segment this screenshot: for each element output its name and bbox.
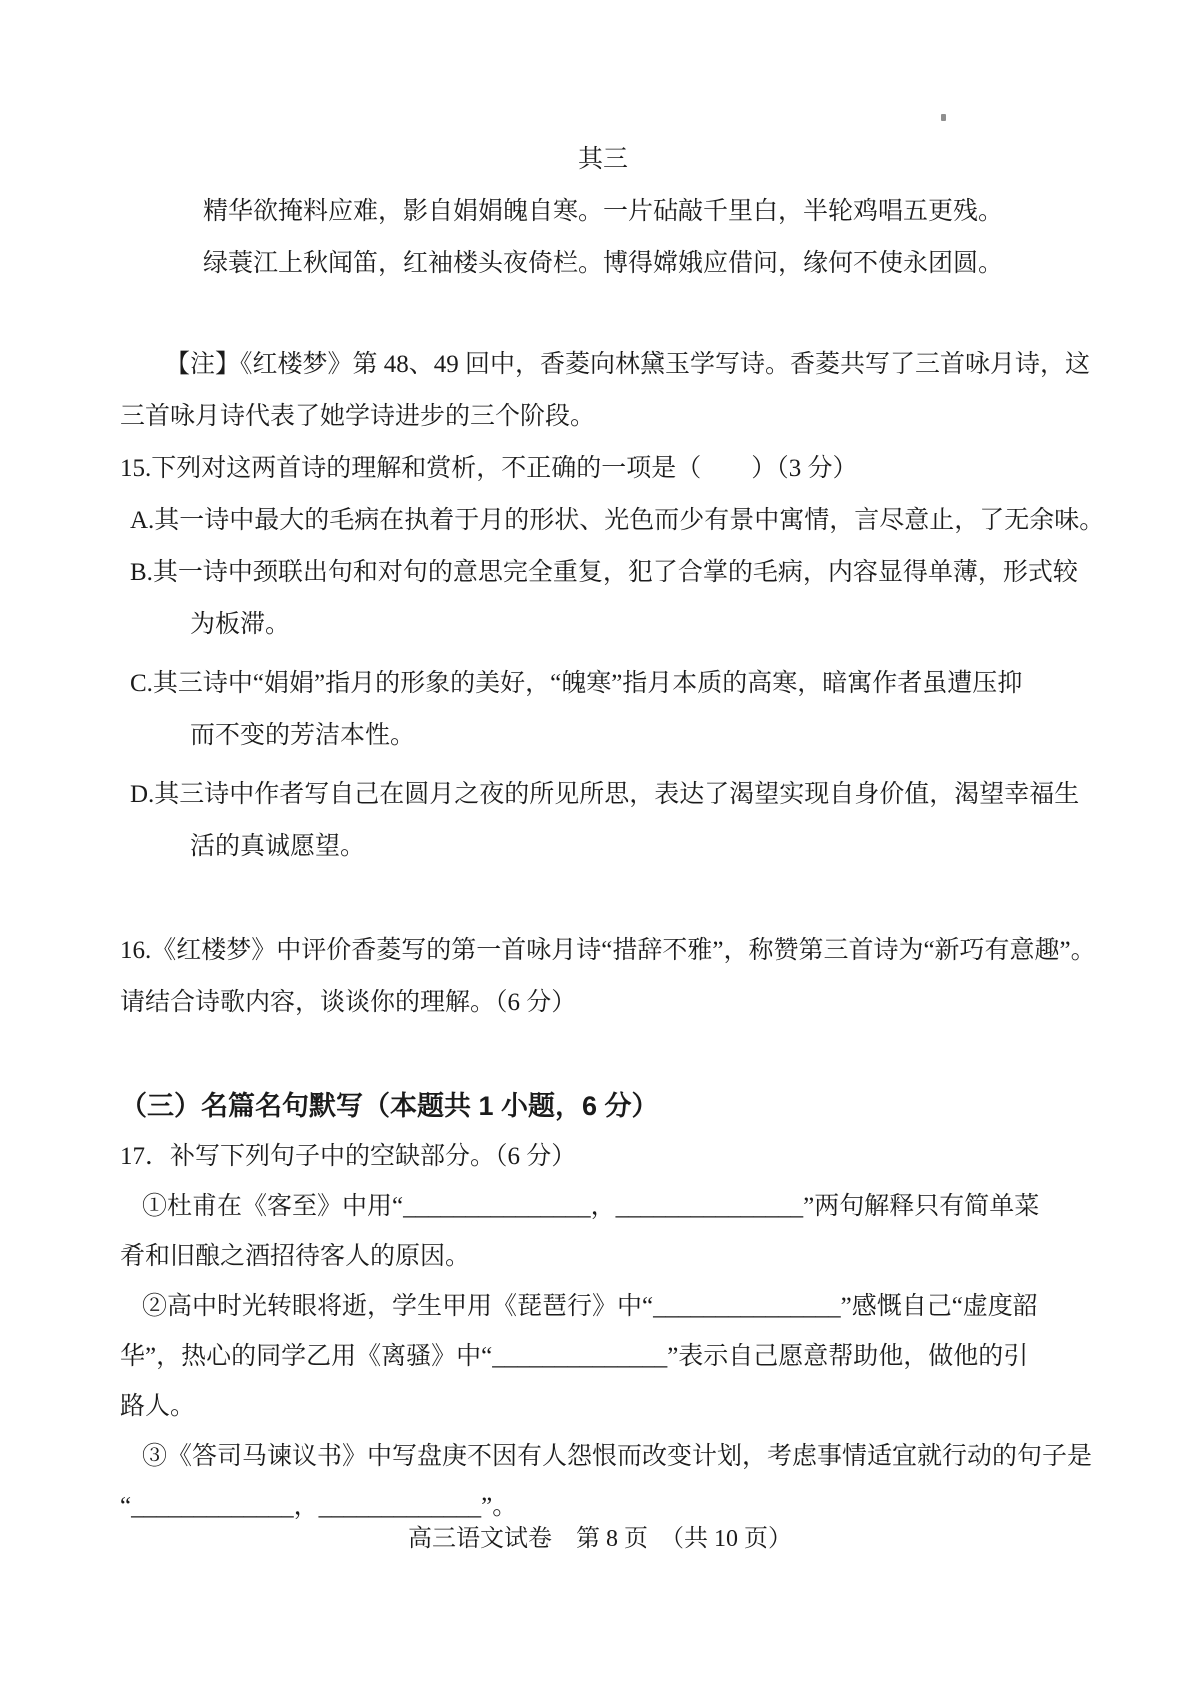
item-2-cont2: 路人。 — [120, 1382, 1086, 1432]
option-d-cont: 活的真诚愿望。 — [120, 821, 1086, 873]
option-c-cont: 而不变的芳洁本性。 — [120, 710, 1086, 762]
question-15: 15.下列对这两首诗的理解和赏析，不正确的一项是（ ）（3 分） — [120, 443, 1086, 495]
section-heading-text: （三）名篇名句默写（本题共 1 小题，6 分） — [120, 1080, 1086, 1132]
item-1: ①杜甫在《客至》中用“_______________，_____________… — [120, 1182, 1086, 1232]
footer-text: 高三语文试卷 第 8 页 （共 10 页） — [408, 1526, 792, 1552]
item-2-cont: 华”，热心的同学乙用《离骚》中“______________”表示自己愿意帮助他… — [120, 1332, 1086, 1382]
option-d: D.其三诗中作者写自己在圆月之夜的所见所思，表达了渴望实现自身价值，渴望幸福生 — [120, 769, 1086, 821]
poem-title-text: 其三 — [120, 134, 1086, 186]
poem-line-1: 精华欲掩料应难，影自娟娟魄自寒。一片砧敲千里白，半轮鸡唱五更残。 — [120, 186, 1086, 238]
section-heading: （三）名篇名句默写（本题共 1 小题，6 分） — [120, 1080, 1086, 1132]
question-17-stem: 17．补写下列句子中的空缺部分。（6 分） — [120, 1132, 1086, 1182]
note-line-1: 【注】《红楼梦》第 48、49 回中，香菱向林黛玉学写诗。香菱共写了三首咏月诗，… — [120, 339, 1086, 391]
question-16-line-1: 16.《红楼梦》中评价香菱写的第一首咏月诗“措辞不雅”，称赞第三首诗为“新巧有意… — [120, 925, 1086, 977]
question-16: 16.《红楼梦》中评价香菱写的第一首咏月诗“措辞不雅”，称赞第三首诗为“新巧有意… — [120, 925, 1086, 1029]
exam-page: 其三精华欲掩料应难，影自娟娟魄自寒。一片砧敲千里白，半轮鸡唱五更残。绿蓑江上秋闻… — [0, 0, 1200, 1699]
item-3: ③《答司马谏议书》中写盘庚不因有人怨恨而改变计划，考虑事情适宜就行动的句子是 — [120, 1432, 1086, 1482]
option-b-cont: 为板滞。 — [120, 599, 1086, 651]
question-17: 17．补写下列句子中的空缺部分。（6 分） — [120, 1132, 1086, 1182]
poem: 精华欲掩料应难，影自娟娟魄自寒。一片砧敲千里白，半轮鸡唱五更残。绿蓑江上秋闻笛，… — [120, 186, 1086, 290]
page-footer: 高三语文试卷 第 8 页 （共 10 页） — [0, 1519, 1200, 1559]
note-line-2: 三首咏月诗代表了她学诗进步的三个阶段。 — [120, 391, 1086, 443]
poem-title: 其三 — [120, 134, 1086, 186]
question-15-options: A.其一诗中最大的毛病在执着于月的形状、光色而少有景中寓情，言尽意止，了无余味。… — [120, 495, 1086, 873]
question-17-items: ①杜甫在《客至》中用“_______________，_____________… — [120, 1182, 1086, 1532]
option-c: C.其三诗中“娟娟”指月的形象的美好，“魄寒”指月本质的高寒，暗寓作者虽遭压抑 — [120, 658, 1086, 710]
option-a: A.其一诗中最大的毛病在执着于月的形状、光色而少有景中寓情，言尽意止，了无余味。 — [120, 495, 1086, 547]
option-b: B.其一诗中颈联出句和对句的意思完全重复，犯了合掌的毛病，内容显得单薄，形式较 — [120, 547, 1086, 599]
scan-artifact-dot — [941, 114, 946, 121]
question-15-stem: 15.下列对这两首诗的理解和赏析，不正确的一项是（ ）（3 分） — [120, 443, 1086, 495]
poem-note: 【注】《红楼梦》第 48、49 回中，香菱向林黛玉学写诗。香菱共写了三首咏月诗，… — [120, 339, 1086, 443]
question-16-line-2: 请结合诗歌内容，谈谈你的理解。（6 分） — [120, 977, 1086, 1029]
item-1-cont: 肴和旧酿之酒招待客人的原因。 — [120, 1232, 1086, 1282]
item-2: ②高中时光转眼将逝，学生甲用《琵琶行》中“_______________”感慨自… — [120, 1282, 1086, 1332]
poem-line-2: 绿蓑江上秋闻笛，红袖楼头夜倚栏。博得嫦娥应借问，缘何不使永团圆。 — [120, 238, 1086, 290]
exam-content: 其三精华欲掩料应难，影自娟娟魄自寒。一片砧敲千里白，半轮鸡唱五更残。绿蓑江上秋闻… — [120, 134, 1086, 1532]
